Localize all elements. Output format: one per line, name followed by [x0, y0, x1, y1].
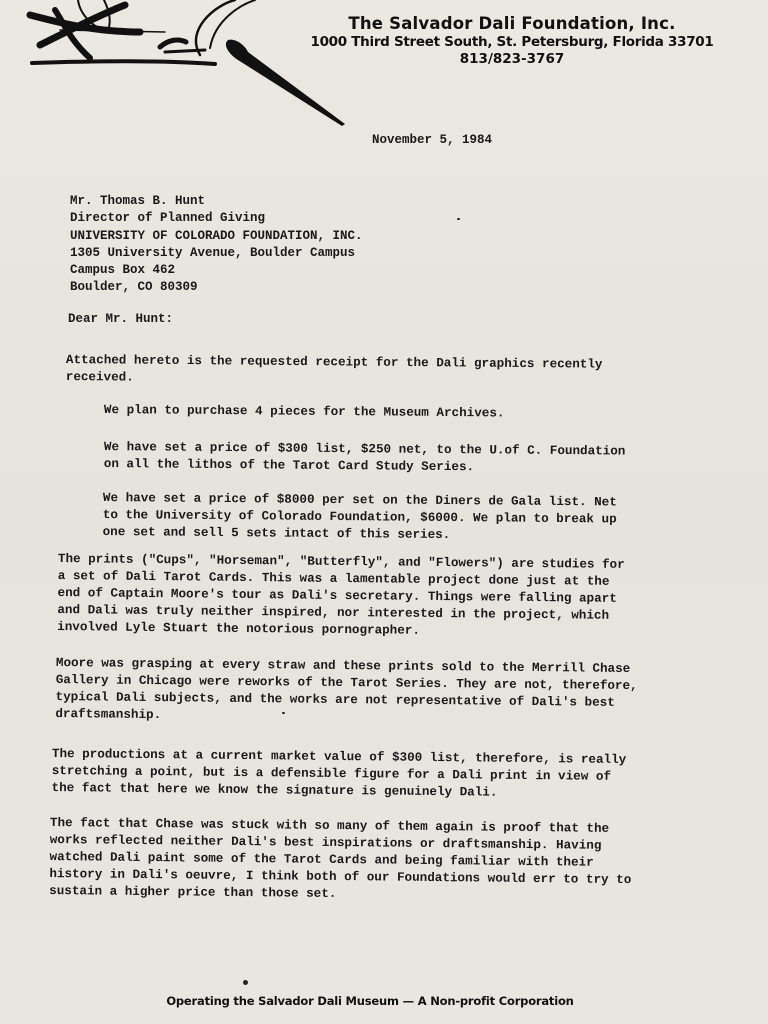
paragraph-moore: Moore was grasping at every straw and th… — [55, 655, 746, 730]
letterhead: The Salvador Dali Foundation, Inc. 1000 … — [262, 14, 762, 67]
paragraph-purchase: We plan to purchase 4 pieces for the Mus… — [104, 402, 724, 424]
footer-tagline: Operating the Salvador Dali Museum — A N… — [130, 994, 610, 1008]
paragraph-conclusion: The fact that Chase was stuck with so ma… — [49, 815, 750, 907]
recipient-box: Campus Box 462 — [70, 262, 363, 279]
recipient-street: 1305 University Avenue, Boulder Campus — [70, 245, 363, 262]
paragraph-market-value: The productions at a current market valu… — [51, 746, 741, 804]
paragraph-tarot-price: We have set a price of $300 list, $250 n… — [104, 439, 724, 478]
recipient-address: Mr. Thomas B. Hunt Director of Planned G… — [70, 193, 363, 297]
organization-address: 1000 Third Street South, St. Petersburg,… — [262, 34, 762, 51]
paragraph-receipt: Attached hereto is the requested receipt… — [66, 352, 686, 391]
recipient-city: Boulder, CO 80309 — [70, 279, 363, 296]
organization-phone: 813/823-3767 — [262, 51, 762, 67]
paragraph-diners-price: We have set a price of $8000 per set on … — [103, 490, 743, 547]
ink-speck — [282, 712, 285, 714]
paragraph-prints-history: The prints ("Cups", "Horseman", "Butterf… — [57, 551, 738, 643]
ink-speck — [457, 218, 460, 220]
ink-speck — [243, 980, 248, 985]
organization-name: The Salvador Dali Foundation, Inc. — [262, 14, 762, 34]
letter-date: November 5, 1984 — [372, 133, 492, 147]
recipient-organization: UNIVERSITY OF COLORADO FOUNDATION, INC. — [70, 228, 363, 245]
recipient-title: Director of Planned Giving — [70, 210, 363, 227]
recipient-name: Mr. Thomas B. Hunt — [70, 193, 363, 210]
letter-page: The Salvador Dali Foundation, Inc. 1000 … — [0, 0, 768, 1024]
salutation: Dear Mr. Hunt: — [68, 312, 173, 326]
